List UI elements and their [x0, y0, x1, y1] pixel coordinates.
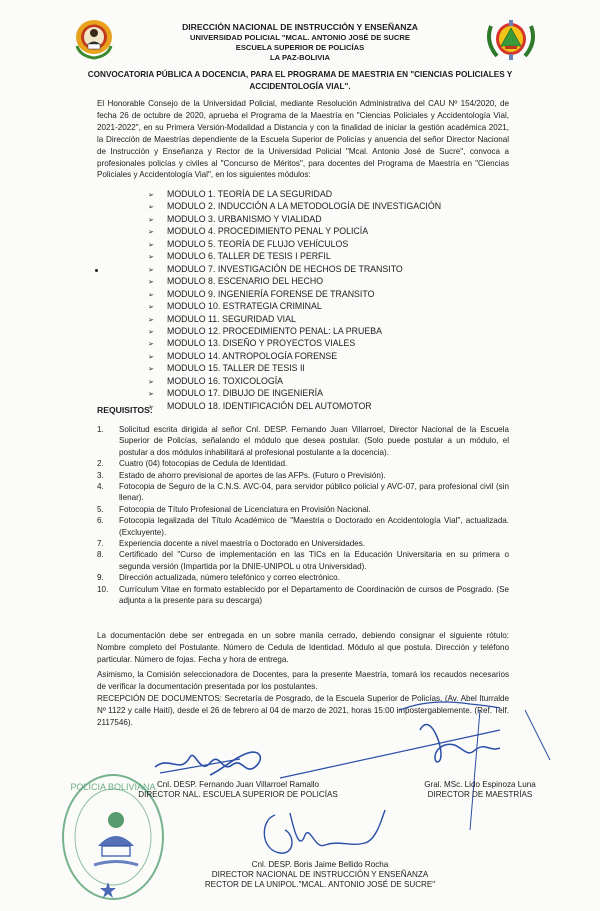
requirement-text: Fotocopia de Seguro de la C.N.S. AVC-04,…: [119, 481, 509, 504]
module-label: MODULO 14. ANTROPOLOGÍA FORENSE: [167, 351, 337, 361]
requirement-text: Dirección actualizada, número telefónico…: [119, 572, 509, 583]
requirement-text: Fotocopia de Título Profesional de Licen…: [119, 504, 509, 515]
arrow-bullet-icon: ➢: [148, 277, 167, 288]
signatory-2-name: Gral. MSc. Lido Espinoza Luna: [405, 780, 555, 790]
document-title: CONVOCATORIA PÚBLICA A DOCENCIA, PARA EL…: [60, 69, 540, 92]
module-label: MODULO 11. SEGURIDAD VIAL: [167, 314, 296, 324]
requirement-item: 4.Fotocopia de Seguro de la C.N.S. AVC-0…: [97, 481, 509, 504]
requirements-list: 1.Solicitud escrita dirigida al señor Cn…: [97, 424, 509, 607]
arrow-bullet-icon: ➢: [148, 302, 167, 313]
module-item: ➢MODULO 9. INGENIERÍA FORENSE DE TRANSIT…: [148, 289, 441, 301]
signature-scribble-1-icon: [150, 745, 270, 785]
signature-scribble-3-icon: [255, 805, 395, 860]
requirement-text: Currículum Vitae en formato establecido …: [119, 584, 509, 607]
requirement-number: 7.: [97, 538, 119, 549]
module-label: MODULO 10. ESTRATEGIA CRIMINAL: [167, 301, 322, 311]
module-item: ➢MODULO 2. INDUCCIÓN A LA METODOLOGÍA DE…: [148, 201, 441, 213]
module-label: MODULO 4. PROCEDIMIENTO PENAL Y POLICÍA: [167, 226, 368, 236]
arrow-bullet-icon: ➢: [148, 190, 167, 201]
module-label: MODULO 13. DISEÑO Y PROYECTOS VIALES: [167, 338, 355, 348]
signature-block-3: Cnl. DESP. Boris Jaime Bellido Rocha DIR…: [170, 860, 470, 890]
requirement-number: 5.: [97, 504, 119, 515]
requirement-number: 8.: [97, 549, 119, 572]
module-item: ➢MODULO 16. TOXICOLOGÍA: [148, 376, 441, 388]
signatory-3-title-2: RECTOR DE LA UNIPOL."MCAL. ANTONIO JOSÉ …: [170, 880, 470, 890]
arrow-bullet-icon: ➢: [148, 352, 167, 363]
arrow-bullet-icon: ➢: [148, 240, 167, 251]
signature-block-1: Cnl. DESP. Fernando Juan Villarroel Rama…: [118, 780, 358, 800]
police-academy-crest-logo-icon: [483, 18, 539, 62]
requirement-item: 10.Currículum Vitae en formato estableci…: [97, 584, 509, 607]
module-item: ➢MODULO 4. PROCEDIMIENTO PENAL Y POLICÍA: [148, 226, 441, 238]
signature-block-2: Gral. MSc. Lido Espinoza Luna DIRECTOR D…: [405, 780, 555, 800]
module-item: ➢MODULO 18. IDENTIFICACIÓN DEL AUTOMOTOR: [148, 401, 441, 413]
signatory-1-title: DIRECTOR NAL. ESCUELA SUPERIOR DE POLICÍ…: [118, 790, 358, 800]
module-label: MODULO 15. TALLER DE TESIS II: [167, 363, 305, 373]
requirement-text: Fotocopia legalizada del Título Académic…: [119, 515, 509, 538]
arrow-bullet-icon: ➢: [148, 265, 167, 276]
requirement-item: 7.Experiencia docente a nivel maestría o…: [97, 538, 509, 549]
module-item: ➢MODULO 10. ESTRATEGIA CRIMINAL: [148, 301, 441, 313]
requirement-text: Cuatro (04) fotocopias de Cedula de Iden…: [119, 458, 509, 469]
module-item: ➢MODULO 1. TEORÍA DE LA SEGURIDAD: [148, 189, 441, 201]
signatory-3-title: DIRECTOR NACIONAL DE INSTRUCCIÓN Y ENSEÑ…: [170, 870, 470, 880]
arrow-bullet-icon: ➢: [148, 377, 167, 388]
requirement-item: 8.Certificado del "Curso de implementaci…: [97, 549, 509, 572]
module-label: MODULO 2. INDUCCIÓN A LA METODOLOGÍA DE …: [167, 201, 441, 211]
stray-dot-mark: [95, 269, 98, 272]
module-label: MODULO 12. PROCEDIMIENTO PENAL: LA PRUEB…: [167, 326, 382, 336]
module-item: ➢MODULO 6. TALLER DE TESIS I PERFIL: [148, 251, 441, 263]
module-label: MODULO 18. IDENTIFICACIÓN DEL AUTOMOTOR: [167, 401, 372, 411]
arrow-bullet-icon: ➢: [148, 290, 167, 301]
arrow-bullet-icon: ➢: [148, 202, 167, 213]
module-item: ➢MODULO 12. PROCEDIMIENTO PENAL: LA PRUE…: [148, 326, 441, 338]
requirement-number: 2.: [97, 458, 119, 469]
requirement-number: 3.: [97, 470, 119, 481]
module-label: MODULO 17. DIBUJO DE INGENIERÍA: [167, 388, 323, 398]
requirement-text: Solicitud escrita dirigida al señor Cnl.…: [119, 424, 509, 458]
intro-paragraph: El Honorable Consejo de la Universidad P…: [97, 98, 509, 181]
module-label: MODULO 8. ESCENARIO DEL HECHO: [167, 276, 323, 286]
arrow-bullet-icon: ➢: [148, 227, 167, 238]
module-label: MODULO 3. URBANISMO Y VIALIDAD: [167, 214, 322, 224]
arrow-bullet-icon: ➢: [148, 327, 167, 338]
arrow-bullet-icon: ➢: [148, 339, 167, 350]
module-item: ➢MODULO 13. DISEÑO Y PROYECTOS VIALES: [148, 338, 441, 350]
module-label: MODULO 7. INVESTIGACIÓN DE HECHOS DE TRA…: [167, 264, 403, 274]
requirement-text: Estado de ahorro previsional de aportes …: [119, 470, 509, 481]
document-page: DIRECCIÓN NACIONAL DE INSTRUCCIÓN Y ENSE…: [0, 0, 600, 911]
module-item: ➢MODULO 15. TALLER DE TESIS II: [148, 363, 441, 375]
requirement-item: 1.Solicitud escrita dirigida al señor Cn…: [97, 424, 509, 458]
signatory-3-name: Cnl. DESP. Boris Jaime Bellido Rocha: [170, 860, 470, 870]
module-item: ➢MODULO 7. INVESTIGACIÓN DE HECHOS DE TR…: [148, 264, 441, 276]
requirement-number: 6.: [97, 515, 119, 538]
modules-list: ➢MODULO 1. TEORÍA DE LA SEGURIDAD➢MODULO…: [148, 189, 441, 413]
module-label: MODULO 6. TALLER DE TESIS I PERFIL: [167, 251, 331, 261]
arrow-bullet-icon: ➢: [148, 315, 167, 326]
requirement-item: 6.Fotocopia legalizada del Título Académ…: [97, 515, 509, 538]
module-item: ➢MODULO 5. TEORÍA DE FLUJO VEHÍCULOS: [148, 239, 441, 251]
arrow-bullet-icon: ➢: [148, 252, 167, 263]
module-item: ➢MODULO 8. ESCENARIO DEL HECHO: [148, 276, 441, 288]
requirement-item: 5.Fotocopia de Título Profesional de Lic…: [97, 504, 509, 515]
requirement-text: Certificado del "Curso de implementación…: [119, 549, 509, 572]
arrow-bullet-icon: ➢: [148, 215, 167, 226]
arrow-bullet-icon: ➢: [148, 364, 167, 375]
arrow-bullet-icon: ➢: [148, 389, 167, 400]
delivery-paragraph: La documentación debe ser entregada en u…: [97, 630, 509, 666]
signatory-1-name: Cnl. DESP. Fernando Juan Villarroel Rama…: [118, 780, 358, 790]
module-label: MODULO 5. TEORÍA DE FLUJO VEHÍCULOS: [167, 239, 348, 249]
requirement-item: 2.Cuatro (04) fotocopias de Cedula de Id…: [97, 458, 509, 469]
requirement-text: Experiencia docente a nivel maestría o D…: [119, 538, 509, 549]
requirements-heading: REQUISITOS:: [97, 405, 153, 415]
signatory-2-title: DIRECTOR DE MAESTRÍAS: [405, 790, 555, 800]
requirement-item: 9.Dirección actualizada, número telefóni…: [97, 572, 509, 583]
module-label: MODULO 16. TOXICOLOGÍA: [167, 376, 283, 386]
module-item: ➢MODULO 17. DIBUJO DE INGENIERÍA: [148, 388, 441, 400]
requirement-item: 3.Estado de ahorro previsional de aporte…: [97, 470, 509, 481]
module-item: ➢MODULO 14. ANTROPOLOGÍA FORENSE: [148, 351, 441, 363]
requirement-number: 9.: [97, 572, 119, 583]
requirement-number: 4.: [97, 481, 119, 504]
module-label: MODULO 9. INGENIERÍA FORENSE DE TRANSITO: [167, 289, 374, 299]
requirement-number: 1.: [97, 424, 119, 458]
module-item: ➢MODULO 3. URBANISMO Y VIALIDAD: [148, 214, 441, 226]
module-item: ➢MODULO 11. SEGURIDAD VIAL: [148, 314, 441, 326]
requirement-number: 10.: [97, 584, 119, 607]
module-label: MODULO 1. TEORÍA DE LA SEGURIDAD: [167, 189, 332, 199]
